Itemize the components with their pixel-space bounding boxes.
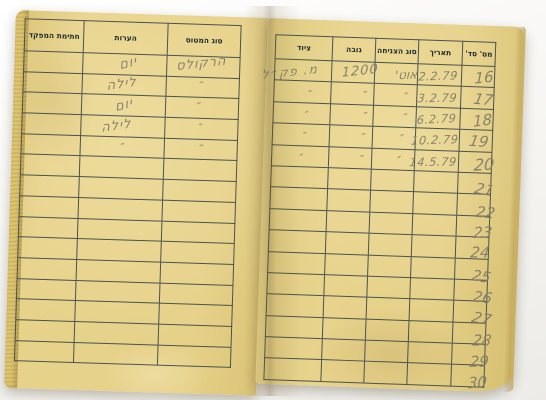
table-cell [368, 255, 412, 278]
table-cell [273, 102, 331, 125]
table-cell [16, 299, 76, 322]
table-cell [77, 239, 162, 262]
table-cell [18, 216, 78, 239]
table-cell [23, 71, 83, 94]
table-cell [163, 159, 237, 182]
col-header-aircraft-type: סוג המטוס [167, 23, 241, 57]
handwriting-jump-type-row16: אוט' [394, 67, 417, 82]
table-cell [322, 317, 366, 340]
table-cell [364, 362, 408, 385]
table-cell [325, 232, 369, 255]
handwriting-serial-24: 24 [469, 244, 490, 262]
table-cell [268, 230, 326, 253]
table-cell [165, 97, 239, 120]
table-cell [79, 177, 164, 200]
table-cell [325, 253, 369, 276]
col-header-date: תאריך [418, 40, 463, 66]
handwriting-date-row18: 6.2.79 [416, 111, 457, 127]
handwriting-date-row20: 14.5.79 [409, 154, 458, 169]
table-cell [365, 340, 409, 363]
handwriting-serial-29: 29 [469, 352, 490, 371]
table-cell [409, 299, 454, 322]
table-cell [269, 208, 327, 231]
handwriting-jump-type-ditto: ″ [397, 154, 401, 168]
handwriting-serial-18: 18 [473, 110, 492, 131]
table-cell [21, 133, 81, 156]
table-cell [163, 179, 237, 202]
table-cell [374, 84, 418, 107]
table-cell [329, 125, 373, 148]
table-cell [372, 126, 416, 149]
handwriting-serial-21: 21 [472, 179, 496, 199]
right-table: מס' סד' תאריך סוג הצניחה גובה ציוד [263, 34, 496, 387]
table-cell [19, 196, 79, 219]
table-cell [321, 360, 365, 383]
table-cell [265, 337, 323, 360]
table-cell [73, 342, 158, 365]
table-cell [367, 276, 411, 299]
table-cell [77, 218, 162, 241]
col-header-jump-type: סוג הצניחה [375, 38, 419, 63]
table-cell [24, 51, 84, 74]
table-cell [75, 301, 160, 324]
table-cell [370, 191, 414, 214]
table-cell [22, 92, 82, 115]
table-cell [327, 189, 371, 212]
handwriting-serial-30: 30 [467, 373, 487, 392]
logbook-right-page: מס' סד' תאריך סוג הצניחה גובה ציוד 16 17… [255, 18, 526, 393]
handwriting-serial-28: 28 [471, 332, 492, 350]
table-cell [410, 278, 455, 301]
table-cell [14, 340, 74, 363]
table-cell [16, 278, 76, 301]
handwriting-date-row19: 10.2.79 [411, 132, 460, 148]
table-cell [407, 363, 452, 386]
table-cell [18, 237, 78, 260]
table-cell [268, 251, 326, 274]
col-header-serial-number: מס' סד' [462, 41, 496, 66]
col-header-equipment: ציוד [275, 35, 333, 61]
table-cell [414, 171, 459, 194]
table-cell [79, 156, 164, 179]
logbook-left-page: סוג המטוס הערות חתימת המפקד הרקולס ″ ″ ″… [4, 10, 268, 396]
col-header-commander-signature: חתימת המפקד [24, 19, 84, 53]
scanned-logbook-photo: סוג המטוס הערות חתימת המפקד הרקולס ″ ″ ″… [0, 0, 546, 400]
handwriting-jump-type-ditto: ″ [400, 132, 404, 146]
table-cell [264, 358, 322, 381]
handwriting-serial-20: 20 [473, 155, 495, 175]
table-cell [159, 303, 233, 326]
table-cell [272, 123, 330, 146]
table-cell [160, 262, 234, 285]
table-cell [326, 210, 370, 233]
col-header-notes: הערות [83, 21, 168, 56]
table-cell [373, 105, 417, 128]
table-cell [266, 294, 324, 317]
table-cell [265, 315, 323, 338]
table-cell [161, 241, 235, 264]
table-cell [17, 258, 77, 281]
table-cell [158, 324, 232, 347]
table-cell [267, 273, 325, 296]
table-cell [78, 197, 163, 220]
table-cell [324, 275, 368, 298]
table-cell [15, 320, 75, 343]
table-cell [369, 212, 413, 235]
table-cell [328, 146, 372, 169]
table-cell [371, 169, 415, 192]
table-cell [274, 80, 332, 103]
table-cell [20, 154, 80, 177]
handwriting-serial-17: 17 [472, 90, 495, 109]
table-cell [22, 113, 82, 136]
handwriting-serial-25: 25 [469, 267, 493, 287]
table-cell [328, 168, 372, 191]
table-cell [271, 166, 329, 189]
table-cell [157, 345, 231, 368]
handwriting-equipment-ditto: ″ [299, 152, 304, 165]
table-cell [412, 213, 457, 236]
handwriting-serial-23: 23 [472, 223, 493, 242]
handwriting-serial-22: 22 [474, 203, 497, 222]
table-cell [411, 256, 456, 279]
table-cell [20, 175, 80, 198]
table-cell [411, 235, 456, 258]
col-header-altitude: גובה [332, 37, 376, 62]
table-cell [162, 200, 236, 223]
handwriting-date-row16: 2.2.79 [418, 68, 459, 83]
table-cell [76, 259, 161, 282]
table-cell [75, 280, 160, 303]
table-cell [408, 342, 453, 365]
table-cell [365, 319, 409, 342]
handwriting-equipment-ditto: ″ [304, 109, 309, 122]
table-cell [323, 296, 367, 319]
table-cell [368, 233, 412, 256]
handwriting-serial-19: 19 [468, 132, 491, 151]
handwriting-serial-27: 27 [470, 308, 494, 329]
table-cell [159, 283, 233, 306]
page-stack-edge [503, 27, 526, 393]
table-cell [161, 221, 235, 244]
table-cell [408, 320, 453, 343]
table-cell [331, 82, 375, 105]
table-cell [74, 321, 159, 344]
handwriting-serial-26: 26 [471, 288, 494, 308]
table-cell [366, 297, 410, 320]
table-cell [322, 339, 366, 362]
table-cell [270, 187, 328, 210]
handwriting-serial-16: 16 [474, 68, 493, 88]
table-cell [413, 192, 458, 215]
handwriting-date-row17: 3.2.79 [417, 91, 458, 106]
